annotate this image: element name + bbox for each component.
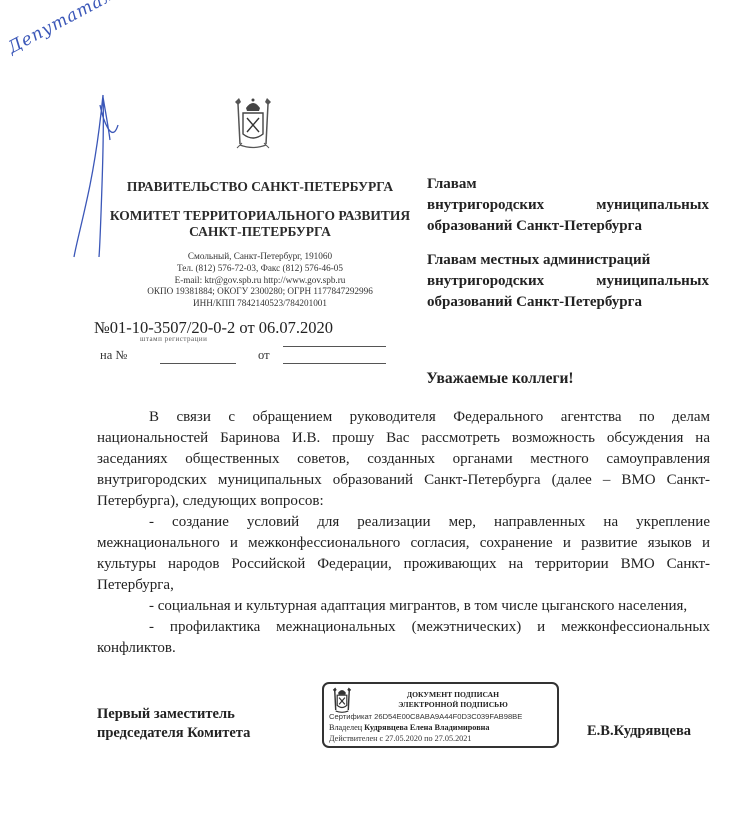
addressee-line: Главам местных администраций [427, 250, 650, 271]
stamp-owner-value: Кудрявцева Елена Владимировна [364, 723, 489, 732]
contact-phone: Тел. (812) 576-72-03, Факс (812) 576-46-… [120, 263, 400, 275]
stamp-certificate: Сертификат 26D54E00C8ABA9A44F0D3C039FAB9… [329, 712, 522, 721]
addressee-line: Главам [427, 174, 477, 195]
reference-line-top [283, 346, 386, 347]
reference-date-line [283, 363, 386, 364]
addressee-line: муниципальных [596, 271, 709, 292]
government-name: ПРАВИТЕЛЬСТВО САНКТ-ПЕТЕРБУРГА [100, 179, 420, 195]
stamp-owner-label: Владелец [329, 723, 362, 732]
contact-details: Смольный, Санкт-Петербург, 191060 Тел. (… [120, 251, 400, 310]
contact-codes: ОКПО 19381884; ОКОГУ 2300280; ОГРН 11778… [120, 286, 400, 298]
addressee-line: образований Санкт-Петербурга [427, 292, 642, 313]
body-list-item: - социальная и культурная адаптация мигр… [97, 596, 710, 617]
stamp-title: ДОКУМЕНТ ПОДПИСАН ЭЛЕКТРОННОЙ ПОДПИСЬЮ [358, 690, 548, 709]
greeting-text: Уважаемые коллеги! [426, 370, 573, 388]
stamp-certificate-label: Сертификат [329, 712, 372, 721]
coat-of-arms-icon [232, 96, 274, 152]
e-signature-stamp: ДОКУМЕНТ ПОДПИСАН ЭЛЕКТРОННОЙ ПОДПИСЬЮ С… [322, 682, 559, 748]
body-paragraph: В связи с обращением руководителя Федера… [97, 407, 710, 512]
reference-number-label: на № [100, 348, 127, 363]
stamp-validity: Действителен с 27.05.2020 по 27.05.2021 [329, 734, 471, 743]
signer-position: Первый заместитель председателя Комитета [97, 705, 250, 743]
reference-number-line [160, 363, 236, 364]
stamp-title-line1: ДОКУМЕНТ ПОДПИСАН [358, 690, 548, 700]
addressee-line: муниципальных [596, 195, 709, 216]
coat-of-arms-icon [331, 687, 353, 714]
signer-name: Е.В.Кудрявцева [587, 723, 691, 740]
stamp-owner: Владелец Кудрявцева Елена Владимировна [329, 723, 489, 732]
body-list-item: - создание условий для реализации мер, н… [97, 512, 710, 596]
signer-position-line2: председателя Комитета [97, 724, 250, 743]
signer-position-line1: Первый заместитель [97, 705, 250, 724]
stamp-title-line2: ЭЛЕКТРОННОЙ ПОДПИСЬЮ [358, 700, 548, 710]
contact-inn: ИНН/КПП 7842140523/784201001 [120, 298, 400, 310]
addressee-block-1: Главам внутригородскихмуниципальных обра… [427, 174, 709, 237]
greeting: Уважаемые коллеги! [80, 370, 680, 388]
addressee-block-2: Главам местных администраций внутригород… [427, 250, 709, 313]
addressee-line: внутригородских [427, 195, 544, 216]
letter-body: В связи с обращением руководителя Федера… [97, 407, 710, 659]
contact-email-web: E-mail: ktr@gov.spb.ru http://www.gov.sp… [120, 275, 400, 287]
handwritten-note: Депутатам МС [5, 0, 155, 58]
registration-number: №01-10-3507/20-0-2 от 06.07.2020 [94, 318, 333, 338]
committee-name-line2: САНКТ-ПЕТЕРБУРГА [100, 224, 420, 240]
registration-stub-label: штамп регистрации [140, 335, 207, 343]
contact-address: Смольный, Санкт-Петербург, 191060 [120, 251, 400, 263]
committee-name-line1: КОМИТЕТ ТЕРРИТОРИАЛЬНОГО РАЗВИТИЯ [100, 208, 420, 224]
stamp-certificate-value: 26D54E00C8ABA9A44F0D3C039FAB98BE [374, 712, 522, 721]
reference-date-label: от [258, 348, 270, 363]
committee-name: КОМИТЕТ ТЕРРИТОРИАЛЬНОГО РАЗВИТИЯ САНКТ-… [100, 208, 420, 240]
addressee-line: внутригородских [427, 271, 544, 292]
body-list-item: - профилактика межнациональных (межэтнич… [97, 617, 710, 659]
addressee-line: образований Санкт-Петербурга [427, 216, 642, 237]
